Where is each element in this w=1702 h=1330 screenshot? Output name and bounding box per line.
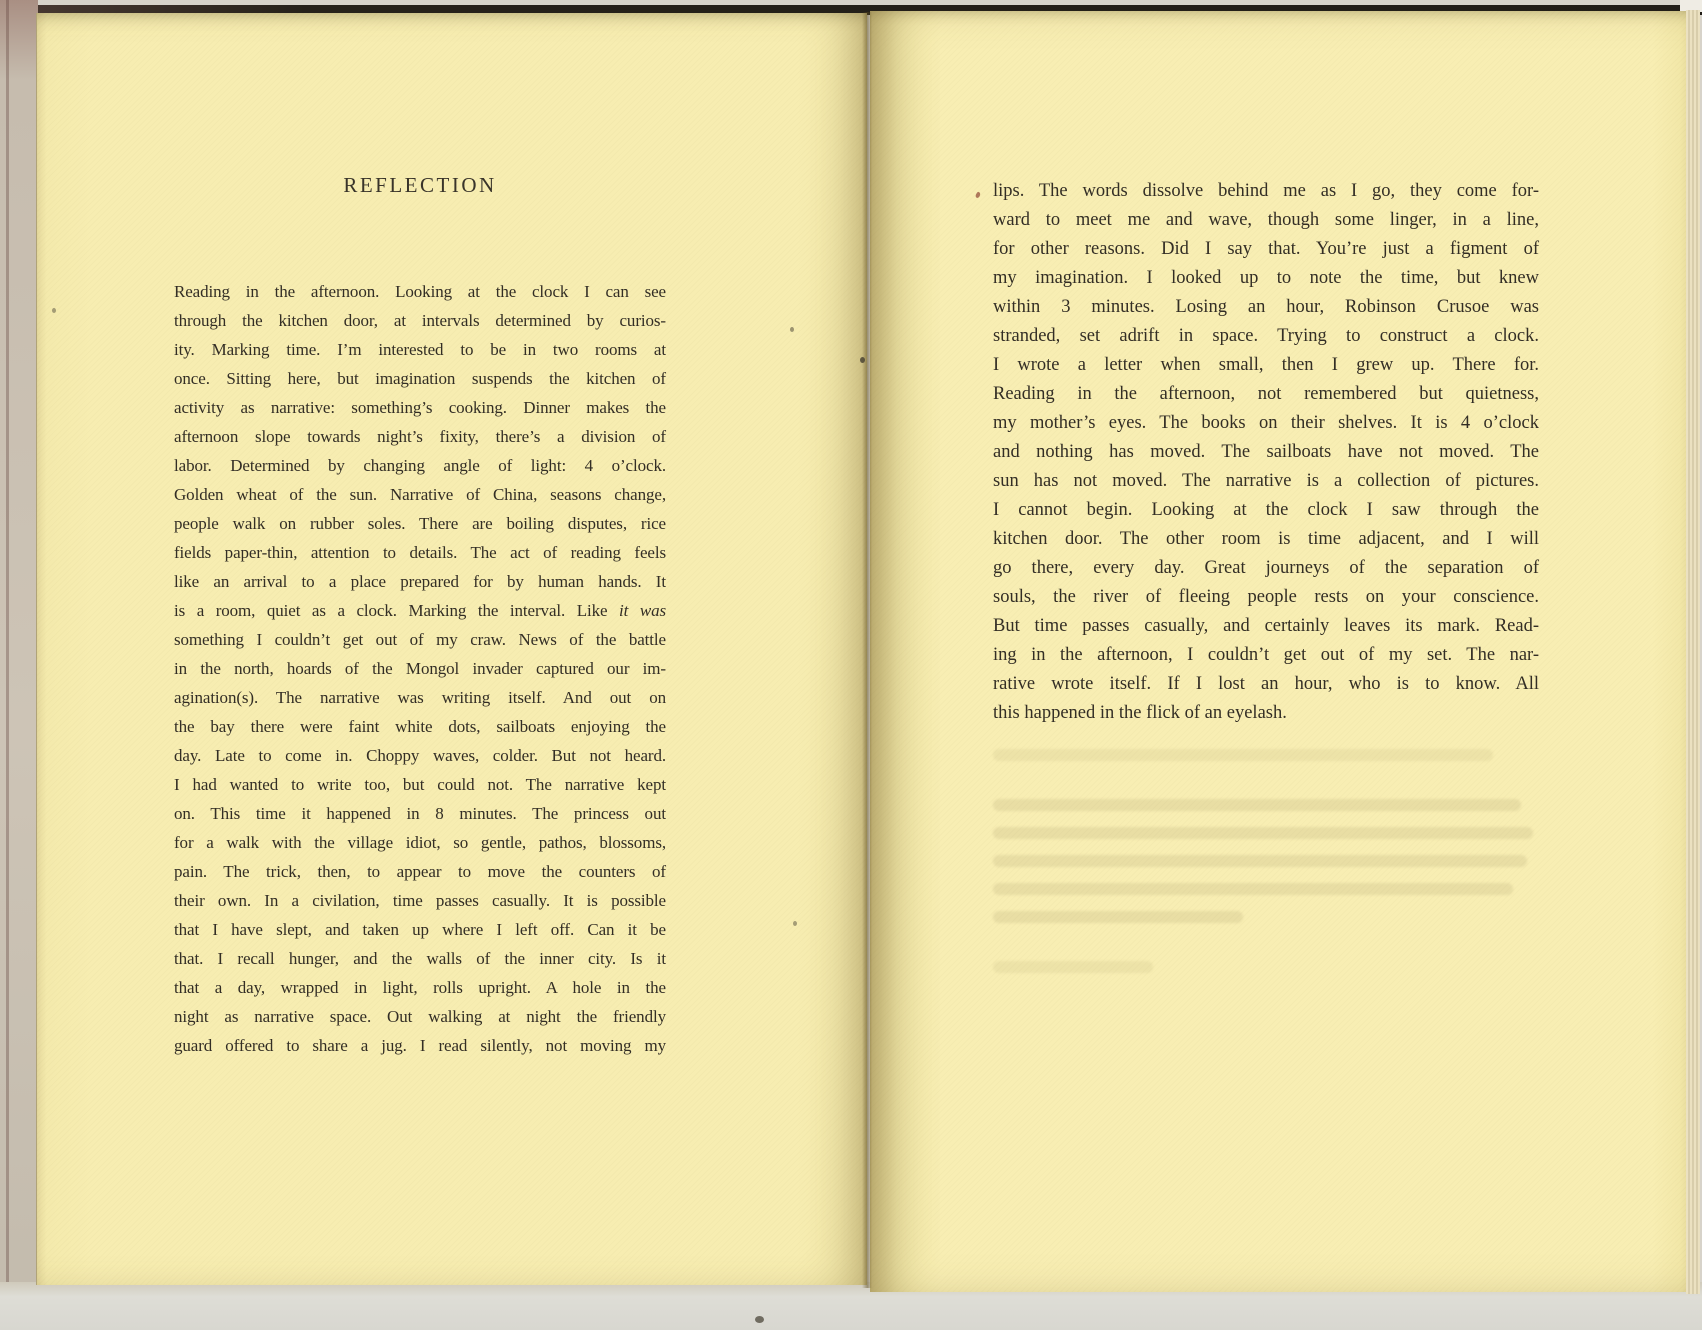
text-line: night as narrative space. Out walking at… <box>174 1002 666 1031</box>
page-title: REFLECTION <box>174 173 666 198</box>
text-line: their own. In a civilation, time passes … <box>174 886 666 915</box>
right-page-text: lips. The words dissolve behind me as I … <box>993 177 1539 728</box>
text-line: I cannot begin. Looking at the clock I s… <box>993 496 1539 525</box>
text-line: kitchen door. The other room is time adj… <box>993 525 1539 554</box>
text-line: souls, the river of fleeing people rests… <box>993 583 1539 612</box>
bleed-through-line <box>993 911 1243 923</box>
text-line: that a day, wrapped in light, rolls upri… <box>174 973 666 1002</box>
text-line: Reading in the afternoon, not remembered… <box>993 380 1539 409</box>
text-line: day. Late to come in. Choppy waves, cold… <box>174 741 666 770</box>
text-line: ing in the afternoon, I couldn’t get out… <box>993 641 1539 670</box>
text-line: that. I recall hunger, and the walls of … <box>174 944 666 973</box>
text-line: that I have slept, and taken up where I … <box>174 915 666 944</box>
right-page: lips. The words dissolve behind me as I … <box>870 11 1686 1292</box>
text-line: rative wrote itself. If I lost an hour, … <box>993 670 1539 699</box>
bleed-through-line <box>993 883 1513 895</box>
bleed-through-line <box>993 799 1521 811</box>
text-line: like an arrival to a place prepared for … <box>174 567 666 596</box>
text-line: for other reasons. Did I say that. You’r… <box>993 235 1539 264</box>
text-line: something I couldn’t get out of my craw.… <box>174 625 666 654</box>
bleed-through-line <box>993 961 1153 973</box>
text-line: activity as narrative: something’s cooki… <box>174 393 666 422</box>
text-line: I wrote a letter when small, then I grew… <box>993 351 1539 380</box>
paper-fleck <box>52 308 56 313</box>
text-line: fields paper-thin, attention to details.… <box>174 538 666 567</box>
bleed-through-line <box>993 749 1493 761</box>
text-line: people walk on rubber soles. There are b… <box>174 509 666 538</box>
text-line: on. This time it happened in 8 minutes. … <box>174 799 666 828</box>
binding-stitch <box>755 1316 764 1323</box>
paper-fleck <box>793 921 797 926</box>
text-line: in the north, hoards of the Mongol invad… <box>174 654 666 683</box>
left-page-text: Reading in the afternoon. Looking at the… <box>174 277 666 1060</box>
text-line: go there, every day. Great journeys of t… <box>993 554 1539 583</box>
text-line: ity. Marking time. I’m interested to be … <box>174 335 666 364</box>
cover-seam <box>6 0 9 1330</box>
text-line: sun has not moved. The narrative is a co… <box>993 467 1539 496</box>
text-line: But time passes casually, and certainly … <box>993 612 1539 641</box>
text-line: once. Sitting here, but imagination susp… <box>174 364 666 393</box>
text-line: afternoon slope towards night’s fixity, … <box>174 422 666 451</box>
text-line: Golden wheat of the sun. Narrative of Ch… <box>174 480 666 509</box>
text-line: stranded, set adrift in space. Trying to… <box>993 322 1539 351</box>
bleed-through-line <box>993 855 1527 867</box>
text-line: is a room, quiet as a clock. Marking the… <box>174 596 666 625</box>
text-line: my mother’s eyes. The books on their she… <box>993 409 1539 438</box>
spine-crease <box>862 12 872 1288</box>
text-line: my imagination. I looked up to note the … <box>993 264 1539 293</box>
text-line: ward to meet me and wave, though some li… <box>993 206 1539 235</box>
text-line: pain. The trick, then, to appear to move… <box>174 857 666 886</box>
text-line: lips. The words dissolve behind me as I … <box>993 177 1539 206</box>
text-line: through the kitchen door, at intervals d… <box>174 306 666 335</box>
text-line: agination(s). The narrative was writing … <box>174 683 666 712</box>
text-line: for a walk with the village idiot, so ge… <box>174 828 666 857</box>
text-line: and nothing has moved. The sailboats hav… <box>993 438 1539 467</box>
text-line: I had wanted to write too, but could not… <box>174 770 666 799</box>
paper-fleck <box>790 327 794 332</box>
text-line: within 3 minutes. Losing an hour, Robins… <box>993 293 1539 322</box>
book-spread-photo: REFLECTION Reading in the afternoon. Loo… <box>0 0 1702 1330</box>
text-line: labor. Determined by changing angle of l… <box>174 451 666 480</box>
bleed-through-line <box>993 827 1533 839</box>
binding-stitch <box>860 357 865 363</box>
text-line: the bay there were faint white dots, sai… <box>174 712 666 741</box>
left-page: REFLECTION Reading in the afternoon. Loo… <box>36 13 867 1285</box>
text-line: Reading in the afternoon. Looking at the… <box>174 277 666 306</box>
italic-phrase: it was <box>619 601 666 620</box>
text-line: guard offered to share a jug. I read sil… <box>174 1031 666 1060</box>
fore-edge-pages <box>1686 10 1700 1294</box>
text-line: this happened in the flick of an eyelash… <box>993 699 1539 728</box>
